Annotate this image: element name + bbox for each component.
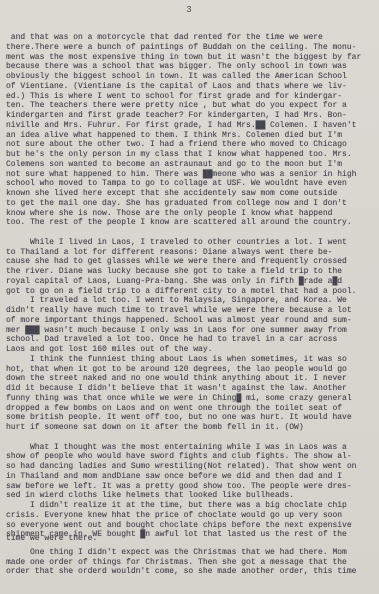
paragraph-christmas: One thing I didn't expect was the Christ… [6,548,379,577]
paragraph-schools-teachers: and that was on a motorcycle that dad re… [6,33,379,228]
typewritten-text-block: and that was on a motorcycle that dad re… [6,33,379,577]
page-number: 3 [0,0,379,15]
paragraph-travel: While I lived in Laos, I traveled to oth… [6,238,379,433]
paragraph-show-chocolate: What I thought was the most entertaining… [6,443,379,531]
document-page: 3 and that was on a motorcycle that dad … [0,0,379,594]
